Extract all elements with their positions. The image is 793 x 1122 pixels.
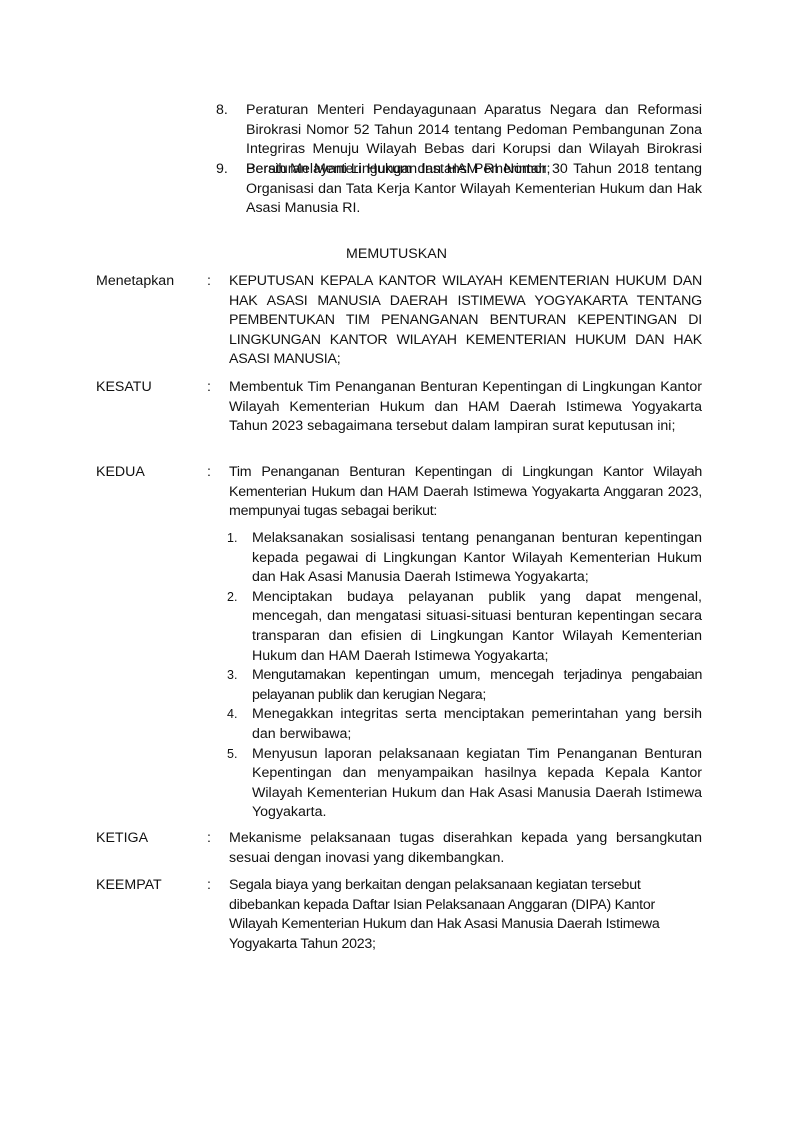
separator: : — [207, 876, 217, 896]
decision-label: KETIGA — [96, 829, 206, 849]
task-number: 3. — [227, 666, 237, 686]
decision-kesatu: KESATU : Membentuk Tim Penanganan Bentur… — [96, 378, 702, 437]
task-item: 4. Menegakkan integritas serta menciptak… — [227, 705, 702, 744]
regulation-text: Peraturan Menteri Hukum dan HAM RI Nomor… — [246, 160, 702, 219]
decision-kedua: KEDUA : Tim Penanganan Benturan Kepentin… — [96, 463, 702, 522]
task-text: Menegakkan integritas serta menciptakan … — [252, 705, 702, 744]
task-text: Menciptakan budaya pelayanan publik yang… — [252, 588, 702, 666]
decision-text: Tim Penanganan Benturan Kepentingan di L… — [229, 463, 702, 522]
task-item: 1. Melaksanakan sosialisasi tentang pena… — [227, 529, 702, 588]
regulation-item-9: 9. Peraturan Menteri Hukum dan HAM RI No… — [216, 160, 702, 219]
task-text: Melaksanakan sosialisasi tentang penanga… — [252, 529, 702, 588]
decision-menetapkan: Menetapkan : KEPUTUSAN KEPALA KANTOR WIL… — [96, 272, 702, 370]
decision-keempat: KEEMPAT : Segala biaya yang berkaitan de… — [96, 876, 702, 954]
decision-text: Membentuk Tim Penanganan Benturan Kepent… — [229, 378, 702, 437]
decision-label: KEDUA — [96, 463, 206, 483]
task-item: 5. Menyusun laporan pelaksanaan kegiatan… — [227, 745, 702, 823]
decision-text: KEPUTUSAN KEPALA KANTOR WILAYAH KEMENTER… — [229, 272, 702, 370]
task-number: 5. — [227, 745, 237, 765]
decision-label: KEEMPAT — [96, 876, 206, 896]
task-item: 2. Menciptakan budaya pelayanan publik y… — [227, 588, 702, 666]
document-page: 8. Peraturan Menteri Pendayagunaan Apara… — [0, 0, 793, 1122]
separator: : — [207, 829, 217, 849]
task-text: Menyusun laporan pelaksanaan kegiatan Ti… — [252, 745, 702, 823]
decision-text: Mekanisme pelaksanaan tugas diserahkan k… — [229, 829, 702, 868]
separator: : — [207, 463, 217, 483]
task-text: Mengutamakan kepentingan umum, mencegah … — [252, 666, 702, 705]
separator: : — [207, 272, 217, 292]
task-list: 1. Melaksanakan sosialisasi tentang pena… — [227, 529, 702, 823]
decision-label: Menetapkan — [96, 272, 206, 292]
task-number: 1. — [227, 529, 237, 549]
separator: : — [207, 378, 217, 398]
task-item: 3. Mengutamakan kepentingan umum, menceg… — [227, 666, 702, 705]
regulation-number: 9. — [216, 160, 246, 180]
decision-label: KESATU — [96, 378, 206, 398]
task-number: 4. — [227, 705, 237, 725]
decision-heading: MEMUTUSKAN — [0, 245, 793, 264]
decision-ketiga: KETIGA : Mekanisme pelaksanaan tugas dis… — [96, 829, 702, 868]
regulation-number: 8. — [216, 101, 246, 121]
decision-text: Segala biaya yang berkaitan dengan pelak… — [229, 876, 702, 954]
task-number: 2. — [227, 588, 237, 608]
